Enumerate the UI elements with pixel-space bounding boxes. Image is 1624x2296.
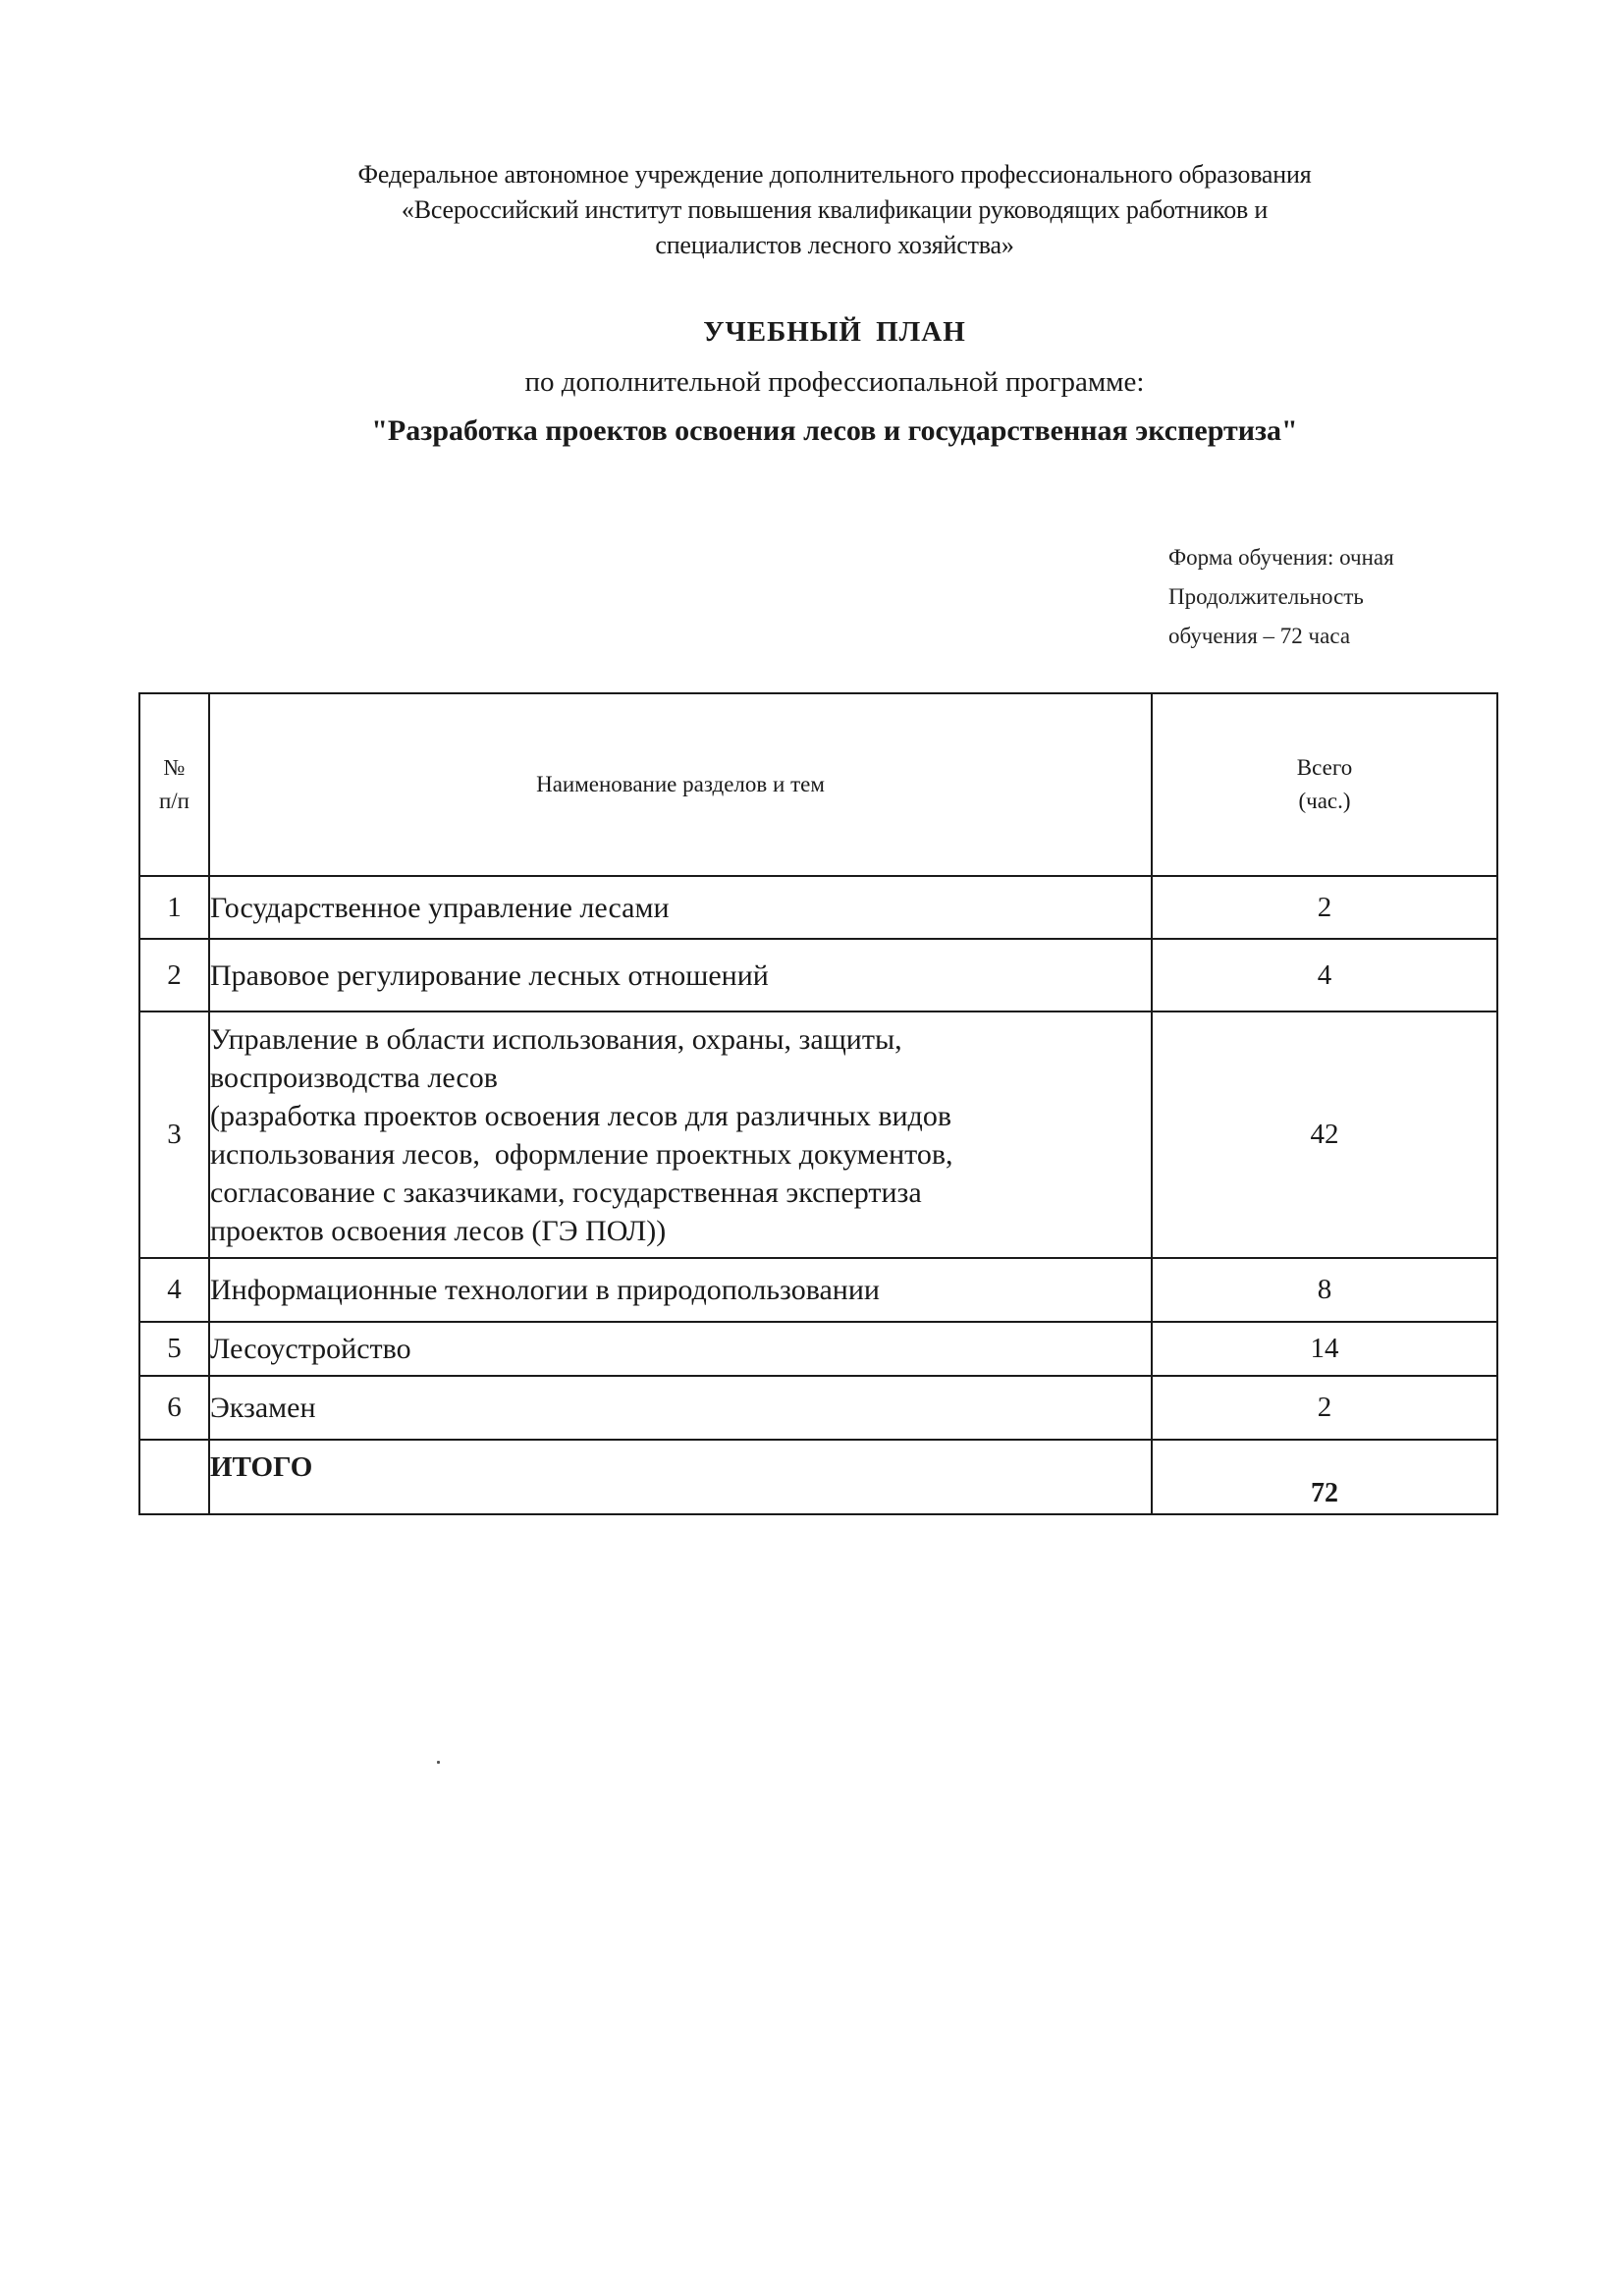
total-label: ИТОГО — [209, 1440, 1152, 1514]
row-number: 3 — [139, 1011, 209, 1258]
table-row: 1 Государственное управление лесами 2 — [139, 876, 1497, 939]
row-hours: 4 — [1152, 939, 1497, 1011]
column-header-name: Наименование разделов и тем — [209, 693, 1152, 876]
document-title: УЧЕБНЫЙ ПЛАН — [295, 316, 1375, 349]
study-form: Форма обучения: очная — [1168, 538, 1394, 577]
row-hours: 14 — [1152, 1322, 1497, 1376]
organization-line: «Всероссийский институт повышения квалиф… — [295, 192, 1375, 228]
organization-line: специалистов лесного хозяйства» — [295, 228, 1375, 263]
table-total-row: ИТОГО 72 — [139, 1440, 1497, 1514]
row-topic: Правовое регулирование лесных отношений — [209, 939, 1152, 1011]
row-number: 4 — [139, 1258, 209, 1322]
row-hours: 2 — [1152, 1376, 1497, 1440]
table-row: 5 Лесоустройство 14 — [139, 1322, 1497, 1376]
column-header-number: № п/п — [139, 693, 209, 876]
study-duration-label: Продолжительность — [1168, 577, 1394, 617]
curriculum-table: № п/п Наименование разделов и тем Всего … — [138, 692, 1498, 1515]
row-topic: Информационные технологии в природопольз… — [209, 1258, 1152, 1322]
organization-name: Федеральное автономное учреждение дополн… — [295, 157, 1375, 263]
row-hours: 8 — [1152, 1258, 1497, 1322]
row-number: 5 — [139, 1322, 209, 1376]
table-row: 3 Управление в области использования, ох… — [139, 1011, 1497, 1258]
column-header-hours: Всего (час.) — [1152, 693, 1497, 876]
table-row: 6 Экзамен 2 — [139, 1376, 1497, 1440]
study-duration-value: обучения – 72 часа — [1168, 617, 1394, 656]
row-hours: 2 — [1152, 876, 1497, 939]
table-header-row: № п/п Наименование разделов и тем Всего … — [139, 693, 1497, 876]
row-number: 6 — [139, 1376, 209, 1440]
study-info: Форма обучения: очная Продолжительность … — [1168, 538, 1394, 656]
table-row: 2 Правовое регулирование лесных отношени… — [139, 939, 1497, 1011]
document-subtitle: по дополнительной профессиопальной прогр… — [295, 366, 1375, 399]
row-topic: Лесоустройство — [209, 1322, 1152, 1376]
total-hours: 72 — [1152, 1440, 1497, 1514]
total-number-cell — [139, 1440, 209, 1514]
row-topic: Государственное управление лесами — [209, 876, 1152, 939]
table-row: 4 Информационные технологии в природопол… — [139, 1258, 1497, 1322]
organization-line: Федеральное автономное учреждение дополн… — [295, 157, 1375, 192]
scan-speck — [437, 1761, 440, 1764]
row-topic: Экзамен — [209, 1376, 1152, 1440]
row-number: 2 — [139, 939, 209, 1011]
row-number: 1 — [139, 876, 209, 939]
row-topic: Управление в области использования, охра… — [209, 1011, 1152, 1258]
program-name: "Разработка проектов освоения лесов и го… — [295, 414, 1375, 448]
row-hours: 42 — [1152, 1011, 1497, 1258]
